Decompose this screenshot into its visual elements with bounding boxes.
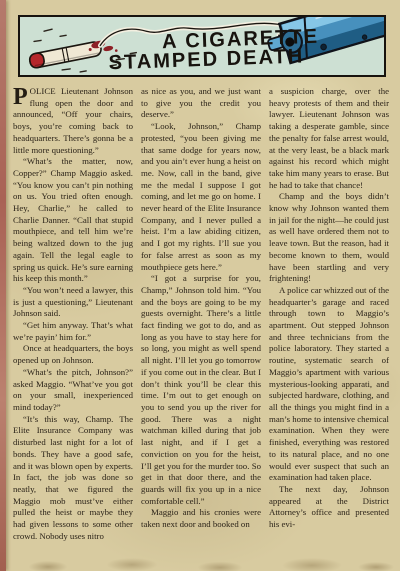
text-column-2: as nice as you, and we just want to give… [141, 86, 261, 556]
story-text: POLICE Lieutenant Johnson flung open the… [13, 86, 389, 556]
paragraph: “Get him anyway. That’s what we’re payin… [13, 320, 133, 343]
paragraph: “You won’t need a lawyer, this is just a… [13, 285, 133, 320]
paragraph: “Look, Johnson,” Champ protested, “you b… [141, 121, 261, 273]
paragraph: as nice as you, and we just want to give… [141, 86, 261, 121]
paragraph-text: OLICE Lieutenant Johnson flung open the … [13, 86, 133, 155]
paragraph: Champ and the boys didn’t know why Johns… [269, 191, 389, 285]
banner-art: A CIGARETTE STAMPED DEATH [20, 17, 384, 75]
paragraph: Maggio and his cronies were taken next d… [141, 507, 261, 530]
title-banner: A CIGARETTE STAMPED DEATH [18, 15, 386, 77]
paragraph: “What’s the matter, now, Copper?” Champ … [13, 156, 133, 285]
paragraph: A police car whizzed out of the headquar… [269, 285, 389, 484]
paragraph: “I got a surprise for you, Champ,” Johns… [141, 273, 261, 507]
drop-cap: P [13, 86, 30, 107]
paragraph: POLICE Lieutenant Johnson flung open the… [13, 86, 133, 156]
lipstick-stamped-cigarette-icon [29, 41, 103, 69]
paragraph: The next day, Johnson appeared at the Di… [269, 484, 389, 531]
text-column-3: a suspicion charge, over the heavy prote… [269, 86, 389, 556]
paragraph: “It’s this way, Champ. The Elite Insuran… [13, 414, 133, 543]
page-left-edge [0, 0, 6, 571]
page-bottom-edge [0, 557, 400, 571]
paragraph: a suspicion charge, over the heavy prote… [269, 86, 389, 191]
paragraph: Once at headquarters, the boys opened up… [13, 343, 133, 366]
paragraph: “What’s the pitch, Johnson?” asked Maggi… [13, 367, 133, 414]
title-line-2: STAMPED DEATH [108, 45, 304, 74]
text-column-1: POLICE Lieutenant Johnson flung open the… [13, 86, 133, 556]
